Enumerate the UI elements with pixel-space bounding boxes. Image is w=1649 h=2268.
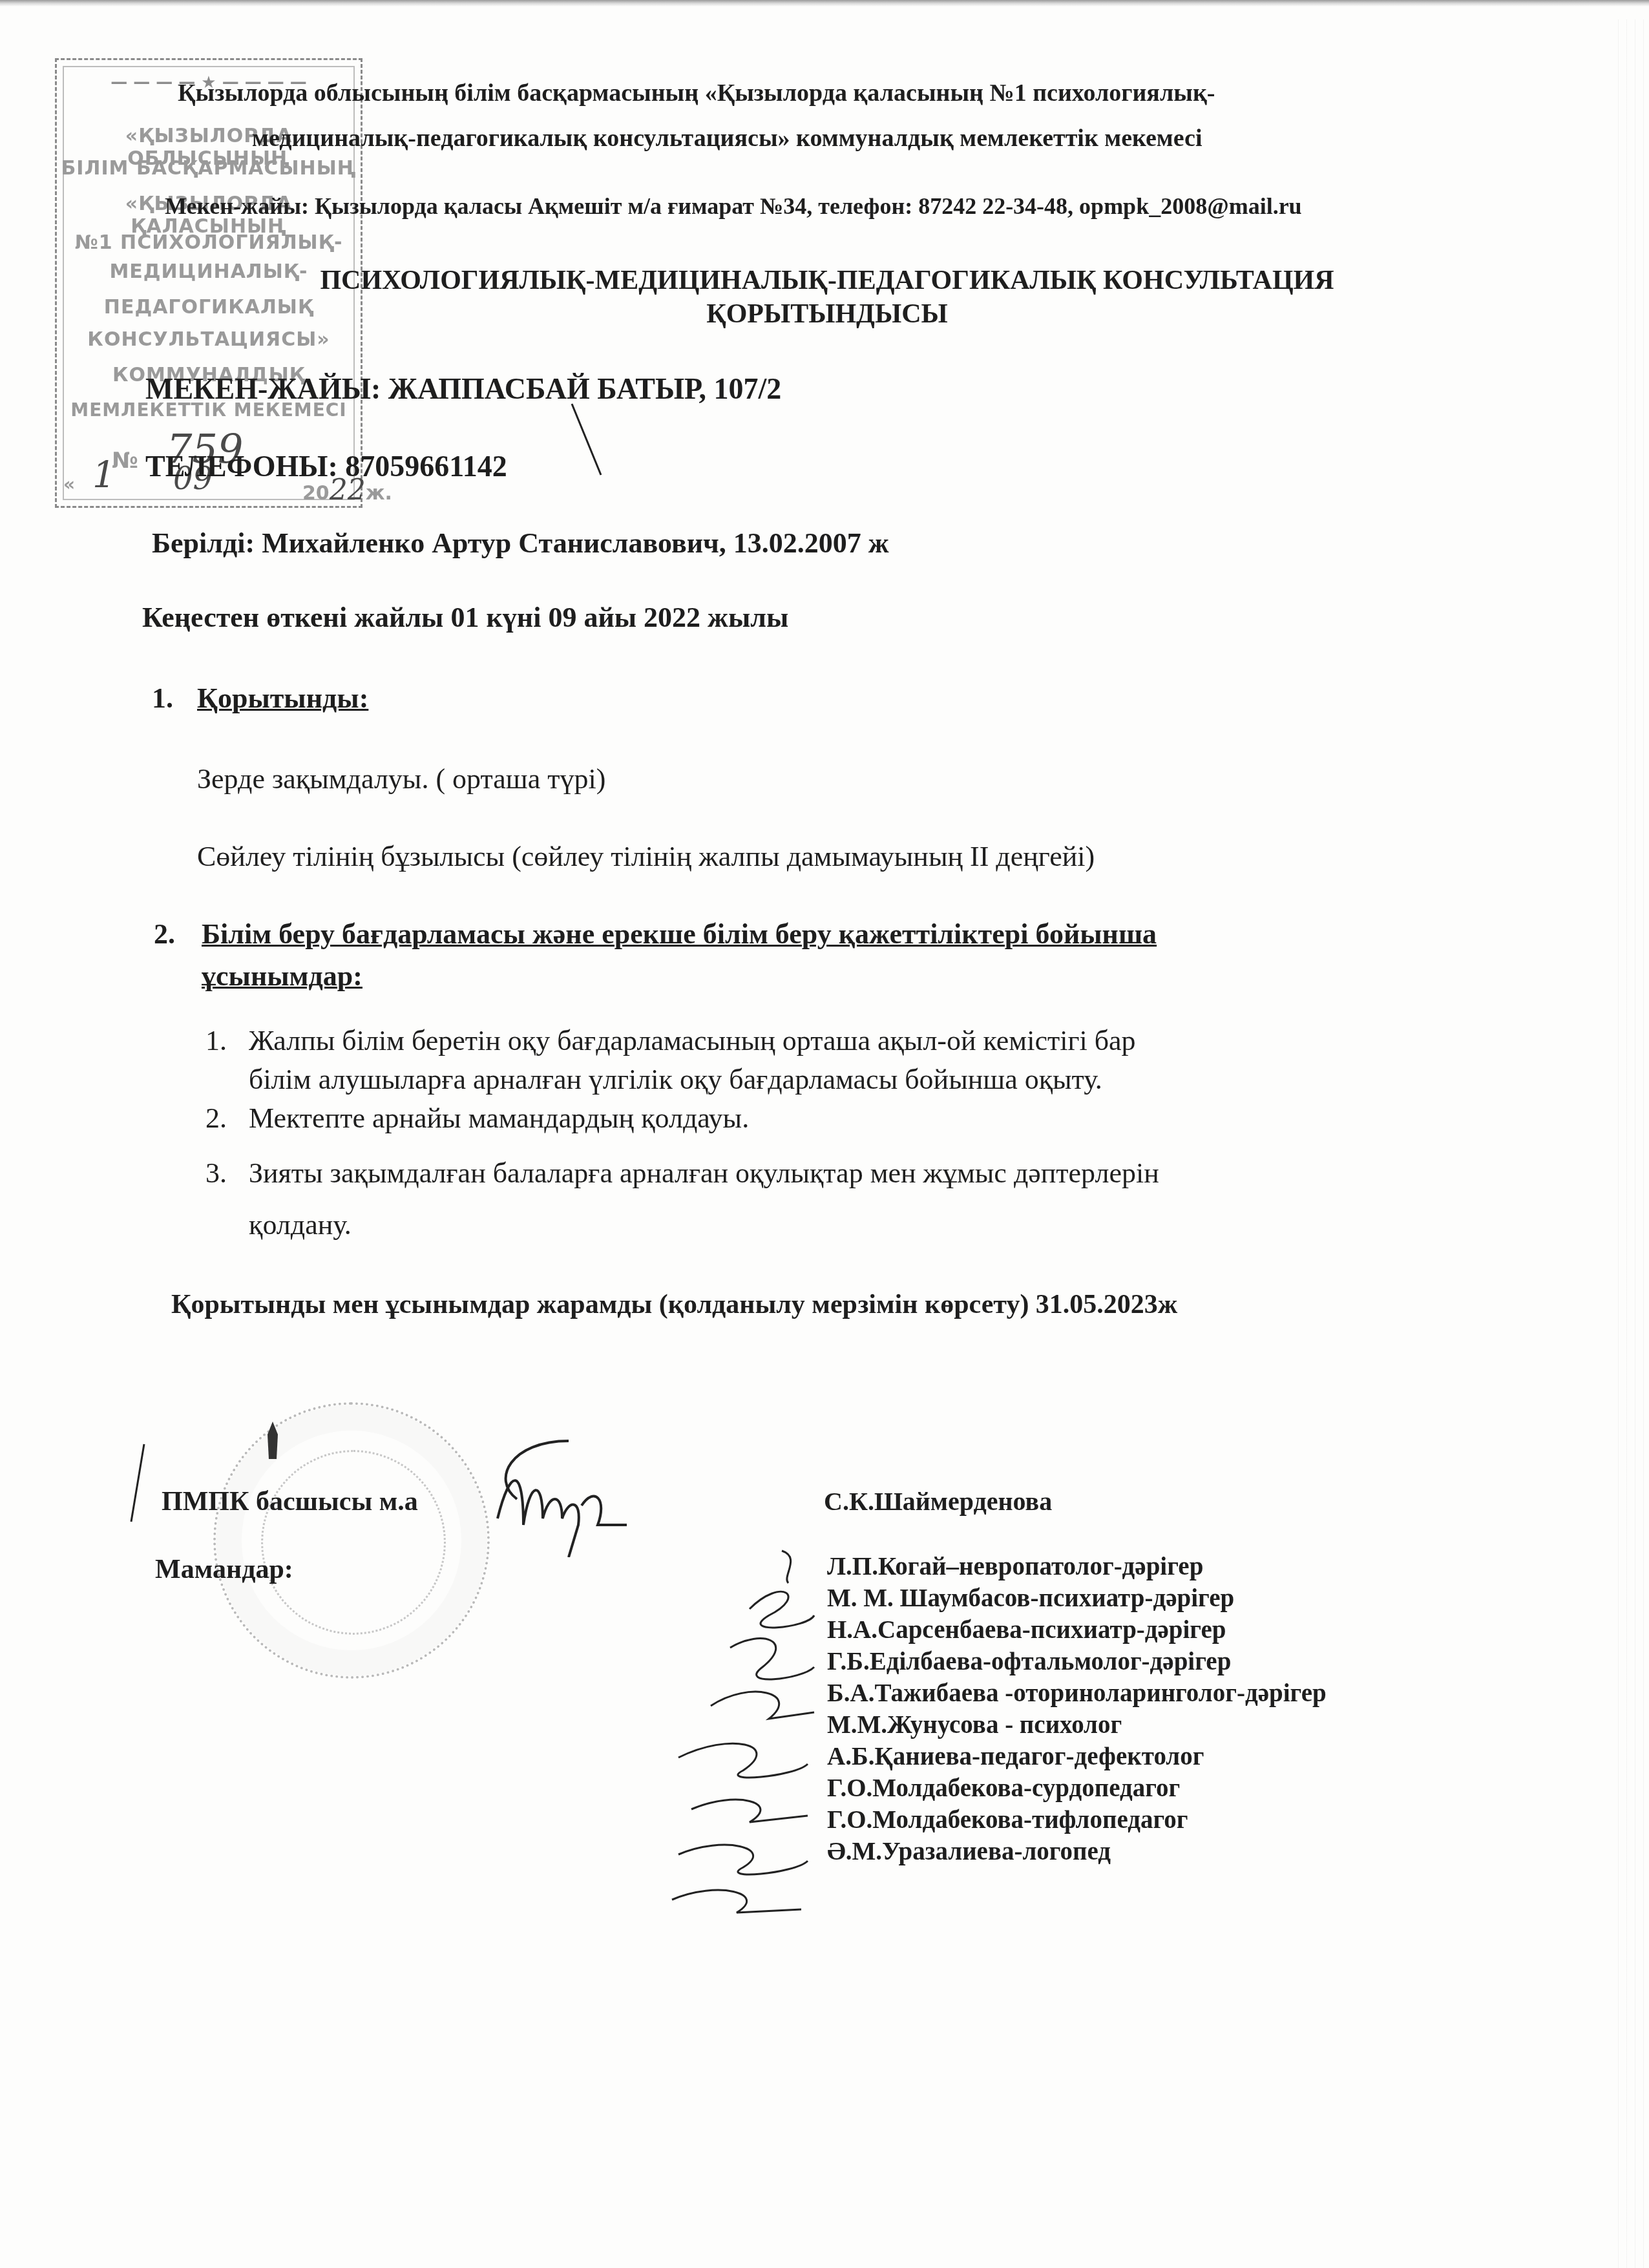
stamp-day: 1	[92, 454, 116, 496]
stamp-line: КОНСУЛЬТАЦИЯСЫ»	[57, 328, 361, 351]
specialist-entry: Г.О.Молдабекова-тифлопедагог	[827, 1804, 1327, 1836]
recipient-address: МЕКЕН-ЖАЙЫ: ЖАППАСБАЙ БАТЫР, 107/2	[145, 372, 781, 406]
conclusion-item: Сөйлеу тілінің бұзылысы (сөйлеу тілінің …	[197, 840, 1095, 873]
head-name: С.К.Шаймерденова	[824, 1486, 1052, 1517]
consult-date: Кеңестен өткені жайлы 01 күні 09 айы 202…	[142, 601, 788, 634]
specialists-label: Мамандар:	[155, 1554, 293, 1585]
head-signature	[472, 1428, 640, 1557]
section1-number: 1.	[152, 682, 173, 715]
seal-inner-ring	[261, 1450, 446, 1635]
section2-number: 2.	[154, 918, 175, 950]
org-line-1: Қызылорда облысының білім басқармасының …	[178, 79, 1215, 107]
specialist-entry: Н.А.Сарсенбаева-психиатр-дәрігер	[827, 1614, 1327, 1646]
specialist-entry: М.М.Жунусова - психолог	[827, 1709, 1327, 1741]
specialists-list: Л.П.Когай–невропатолог-дәрігер М. М. Шау…	[827, 1551, 1327, 1867]
org-line-2: медициналық-педагогикалық консультациясы…	[252, 124, 1202, 152]
recipient-phone: ТЕЛЕФОНЫ: 87059661142	[145, 449, 507, 483]
recommendation-number: 1.	[205, 1024, 227, 1057]
pen-tip-mark	[265, 1422, 280, 1460]
pen-stroke-mark	[569, 401, 607, 478]
recommendation-item: Мектепте арнайы мамандардың қолдауы.	[249, 1102, 749, 1135]
specialists-signatures	[653, 1538, 821, 1938]
issued-to: Берілді: Михайленко Артур Станиславович,…	[152, 527, 889, 560]
specialist-entry: Л.П.Когай–невропатолог-дәрігер	[827, 1551, 1327, 1582]
scan-edge-top	[0, 0, 1649, 6]
head-label: ПМПК басшысы м.а	[162, 1486, 418, 1517]
recommendation-number: 2.	[205, 1102, 227, 1135]
section1-heading: Қорытынды:	[197, 682, 368, 715]
validity-statement: Қорытынды мен ұсынымдар жарамды (қолданы…	[171, 1289, 1177, 1320]
recommendation-item: Зияты зақымдалған балаларға арналған оқу…	[249, 1157, 1159, 1190]
stamp-line: №1 ПСИХОЛОГИЯЛЫҚ-	[57, 231, 361, 254]
round-seal-stamp	[213, 1402, 490, 1679]
org-address: Мекен-жайы: Қызылорда қаласы Ақмешіт м/а…	[165, 193, 1302, 220]
document-title-line-2: ҚОРЫТЫНДЫСЫ	[246, 299, 1409, 330]
recommendation-item-cont: қолдану.	[249, 1208, 352, 1241]
specialist-entry: Б.А.Тажибаева -оториноларинголог-дәрігер	[827, 1677, 1327, 1709]
recommendation-item: Жалпы білім беретін оқу бағдарламасының …	[249, 1024, 1136, 1057]
scan-noise-right	[1610, 19, 1649, 2268]
specialist-entry: Ә.М.Уразалиева-логопед	[827, 1836, 1327, 1867]
section2-heading-line-2: ұсынымдар:	[202, 960, 362, 992]
stamp-year-prefix: 20	[302, 482, 330, 505]
pen-stroke-mark	[128, 1441, 147, 1525]
stamp-line: БІЛІМ БАСҚАРМАСЫНЫҢ	[57, 157, 361, 180]
document-title-line-1: ПСИХОЛОГИЯЛЫҚ-МЕДИЦИНАЛЫҚ-ПЕДАГОГИКАЛЫҚ …	[246, 265, 1409, 296]
recommendation-item-cont: білім алушыларға арналған үлгілік оқу ба…	[249, 1063, 1102, 1096]
stamp-number-label: №	[112, 448, 138, 474]
stamp-year-unit: ж.	[366, 482, 392, 505]
specialist-entry: М. М. Шаумбасов-психиатр-дәрігер	[827, 1582, 1327, 1614]
section2-heading-line-1: Білім беру бағдарламасы және ерекше білі…	[202, 918, 1157, 950]
specialist-entry: Г.Б.Еділбаева-офтальмолог-дәрігер	[827, 1646, 1327, 1677]
specialist-entry: А.Б.Қаниева-педагог-дефектолог	[827, 1741, 1327, 1772]
recommendation-number: 3.	[205, 1157, 227, 1190]
conclusion-item: Зерде зақымдалуы. ( орташа түрі)	[197, 762, 605, 795]
specialist-entry: Г.О.Молдабекова-сурдопедагог	[827, 1772, 1327, 1804]
stamp-quote-open: «	[63, 474, 75, 495]
